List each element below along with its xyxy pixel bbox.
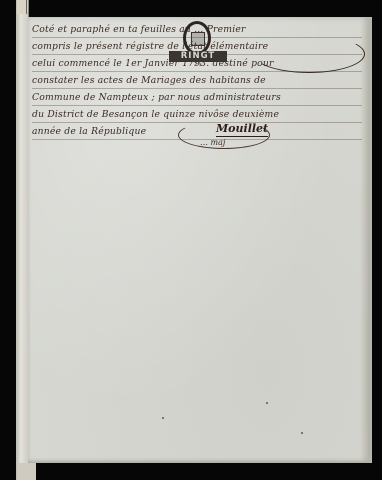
pen-flourish xyxy=(253,35,365,73)
stamp-sub-text: 2 s xyxy=(181,62,215,68)
signature-subscript: … maj xyxy=(200,138,225,147)
signature: Mouillet xyxy=(216,122,268,137)
paper-speck xyxy=(301,432,303,434)
stamp-band-text: RINGT xyxy=(169,51,227,62)
text-line: Commune de Nampteux ; par nous administr… xyxy=(32,89,362,106)
paper-speck xyxy=(266,402,268,404)
manuscript-page: Coté et paraphé en ta feuilles au … Prem… xyxy=(28,17,372,463)
tax-stamp: RINGT 2 s xyxy=(169,21,227,67)
paper-speck xyxy=(162,417,164,419)
stamp-emblem-icon xyxy=(191,32,205,46)
binding-strip-top xyxy=(17,0,27,14)
scan-background: Coté et paraphé en ta feuilles au … Prem… xyxy=(0,0,382,480)
text-line: constater les actes de Mariages des habi… xyxy=(32,72,362,89)
binding-strip-bottom xyxy=(18,463,36,480)
text-line: du District de Besançon le quinze nivôse… xyxy=(32,106,362,123)
